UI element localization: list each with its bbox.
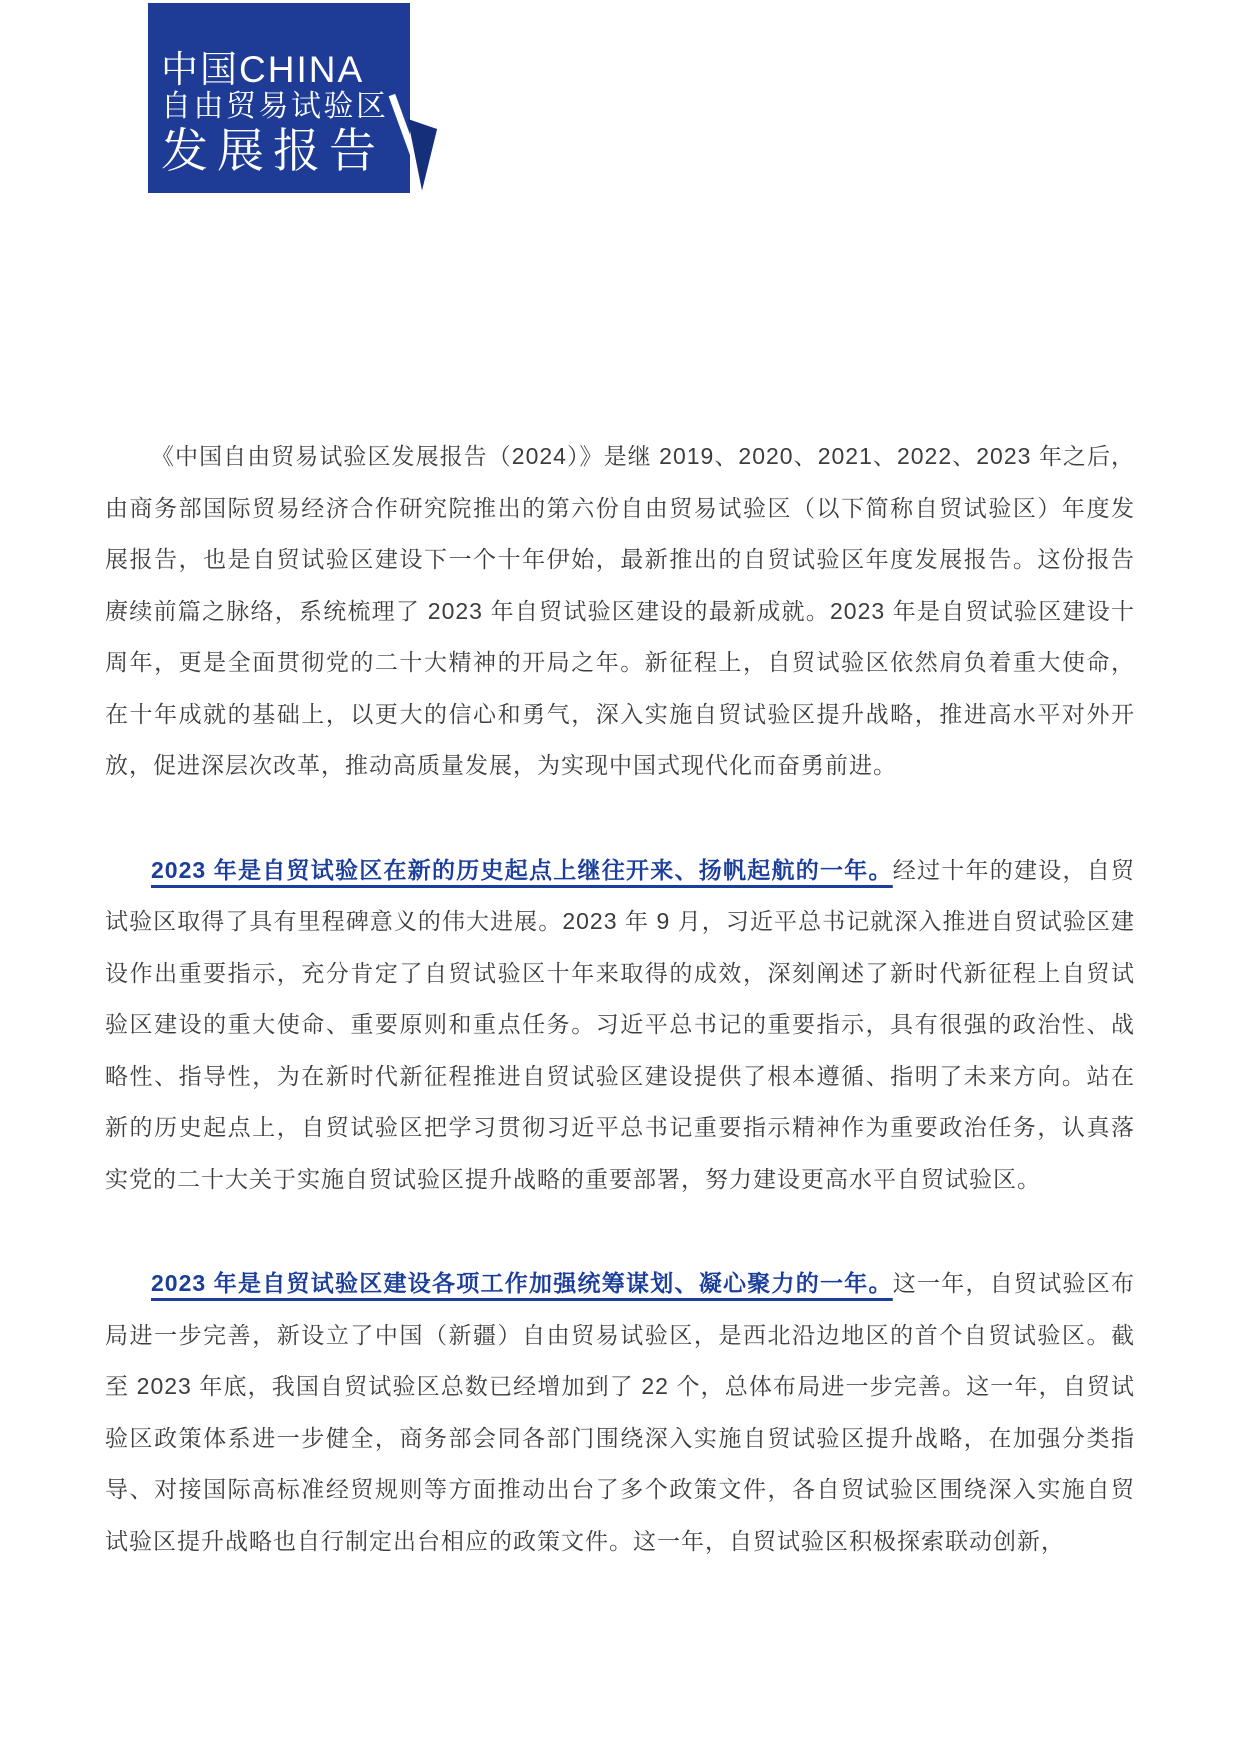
paragraph-intro: 《中国自由贸易试验区发展报告（2024）》是继 2019、2020、2021、2… (105, 431, 1135, 792)
paragraph-milestone-year: 2023 年是自贸试验区在新的历史起点上继往开来、扬帆起航的一年。经过十年的建设… (105, 845, 1135, 1206)
paragraph-planning-year: 2023 年是自贸试验区建设各项工作加强统筹谋划、凝心聚力的一年。这一年，自贸试… (105, 1258, 1135, 1567)
report-logo: 中国CHINA 自由贸易试验区 发展报告 (148, 3, 444, 197)
report-body: 《中国自由贸易试验区发展报告（2024）》是继 2019、2020、2021、2… (105, 431, 1135, 1620)
logo-subtitle-ftz: 自由贸易试验区 (161, 90, 410, 124)
logo-box: 中国CHINA 自由贸易试验区 发展报告 (148, 3, 410, 193)
document-page: 中国CHINA 自由贸易试验区 发展报告 《中国自由贸易试验区发展报告（2024… (0, 0, 1240, 1754)
paragraph-intro-text: 《中国自由贸易试验区发展报告（2024）》是继 2019、2020、2021、2… (105, 443, 1135, 778)
paragraph-planning-text: 这一年，自贸试验区布局进一步完善，新设立了中国（新疆）自由贸易试验区，是西北沿边… (105, 1270, 1135, 1554)
paragraph-milestone-text: 经过十年的建设，自贸试验区取得了具有里程碑意义的伟大进展。2023 年 9 月，… (105, 857, 1135, 1192)
logo-report-title: 发展报告 (161, 124, 410, 178)
paragraph-milestone-lead: 2023 年是自贸试验区在新的历史起点上继往开来、扬帆起航的一年。 (151, 857, 893, 883)
paragraph-planning-lead: 2023 年是自贸试验区建设各项工作加强统筹谋划、凝心聚力的一年。 (151, 1270, 893, 1296)
logo-title-cn-en: 中国CHINA (161, 50, 410, 90)
